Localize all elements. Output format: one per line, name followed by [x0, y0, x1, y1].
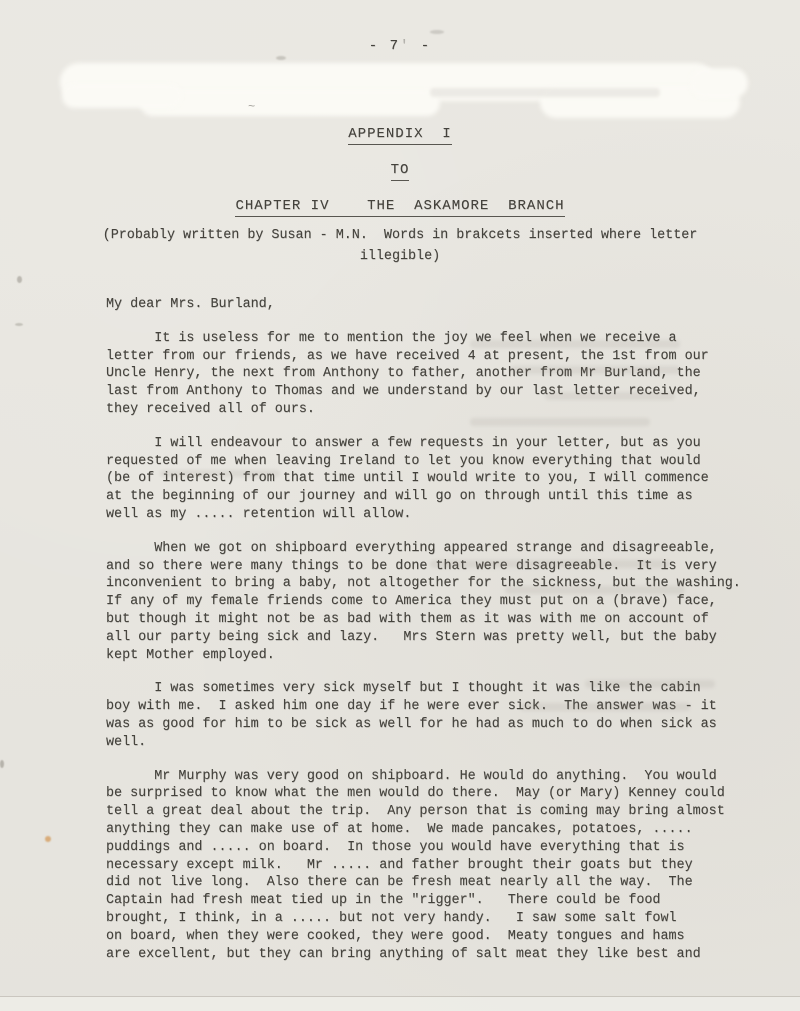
stray-ink-speck: [430, 30, 444, 34]
text-line: necessary except milk. Mr ..... and fath…: [106, 857, 766, 875]
text-line: but though it might not be as bad with t…: [106, 611, 766, 629]
page-number-suffix: -: [410, 38, 431, 54]
paragraph-5: Mr Murphy was very good on shipboard. He…: [106, 768, 766, 964]
text-line: are excellent, but they can bring anythi…: [106, 946, 766, 964]
text-line: (be of interest) from that time until I …: [106, 470, 766, 488]
text-line: requested of me when leaving Ireland to …: [106, 453, 766, 471]
page-number: - 7' -: [0, 38, 800, 54]
whiteout-blob: [60, 63, 715, 101]
text-line: inconvenient to bring a baby, not altoge…: [106, 575, 766, 593]
text-line: well.: [106, 734, 766, 752]
text-line: Uncle Henry, the next from Anthony to fa…: [106, 365, 766, 383]
whiteout-blob: [690, 68, 748, 98]
document-scan-page: - 7' - ~ APPENDIX I TO CHAPTER IV THE AS…: [0, 0, 800, 1011]
paragraph-1: It is useless for me to mention the joy …: [106, 330, 766, 419]
stray-ink-speck: [17, 276, 22, 283]
text-line: I will endeavour to answer a few request…: [106, 435, 766, 453]
salutation: My dear Mrs. Burland,: [106, 296, 766, 314]
text-line: It is useless for me to mention the joy …: [106, 330, 766, 348]
text-line: anything they can make use of at home. W…: [106, 821, 766, 839]
paragraph-2: I will endeavour to answer a few request…: [106, 435, 766, 524]
text-line: boy with me. I asked him one day if he w…: [106, 698, 766, 716]
whiteout-blob: [140, 90, 440, 116]
text-line: well as my ..... retention will allow.: [106, 506, 766, 524]
stray-pen-mark: ~: [248, 100, 255, 114]
paragraph-3: When we got on shipboard everything appe…: [106, 540, 766, 665]
scan-edge-strip: [0, 997, 800, 1011]
stray-ink-speck: [0, 760, 4, 768]
text-line: did not live long. Also there can be fre…: [106, 874, 766, 892]
text-line: puddings and ..... on board. In those yo…: [106, 839, 766, 857]
appendix-heading: APPENDIX I: [0, 126, 800, 142]
page-number-prefix: - 7: [369, 38, 400, 54]
paragraph-4: I was sometimes very sick myself but I t…: [106, 680, 766, 751]
text-line: last from Anthony to Thomas and we under…: [106, 383, 766, 401]
stray-ink-speck: [276, 56, 286, 60]
text-line: Captain had fresh meat tied up in the "r…: [106, 892, 766, 910]
letter-body: My dear Mrs. Burland, It is useless for …: [106, 296, 766, 963]
note-line-1: (Probably written by Susan - M.N. Words …: [0, 228, 800, 243]
whiteout-blob: [540, 86, 740, 118]
text-line: tell a great deal about the trip. Any pe…: [106, 803, 766, 821]
text-line: be surprised to know what the men would …: [106, 785, 766, 803]
text-line: Mr Murphy was very good on shipboard. He…: [106, 768, 766, 786]
text-line: I was sometimes very sick myself but I t…: [106, 680, 766, 698]
text-line: kept Mother employed.: [106, 647, 766, 665]
text-line: they received all of ours.: [106, 401, 766, 419]
page-number-faint-mark: ': [400, 38, 410, 54]
appendix-heading-text: APPENDIX I: [348, 126, 451, 145]
text-line: brought, I think, in a ..... but not ver…: [106, 910, 766, 928]
text-line: If any of my female friends come to Amer…: [106, 593, 766, 611]
chapter-heading: CHAPTER IV THE ASKAMORE BRANCH: [0, 198, 800, 214]
to-heading-text: TO: [391, 162, 410, 181]
text-line: When we got on shipboard everything appe…: [106, 540, 766, 558]
to-heading: TO: [0, 162, 800, 178]
text-line: was as good for him to be sick as well f…: [106, 716, 766, 734]
bleed-through-mark: [430, 88, 660, 97]
note-line-2: illegible): [0, 249, 800, 264]
text-line: letter from our friends, as we have rece…: [106, 348, 766, 366]
stray-ink-speck: [15, 323, 23, 326]
text-line: on board, when they were cooked, they we…: [106, 928, 766, 946]
text-line: at the beginning of our journey and will…: [106, 488, 766, 506]
whiteout-blob: [62, 84, 182, 108]
text-line: and so there were many things to be done…: [106, 558, 766, 576]
text-line: all our party being sick and lazy. Mrs S…: [106, 629, 766, 647]
orange-speck: [45, 836, 51, 842]
chapter-heading-text: CHAPTER IV THE ASKAMORE BRANCH: [235, 198, 564, 217]
